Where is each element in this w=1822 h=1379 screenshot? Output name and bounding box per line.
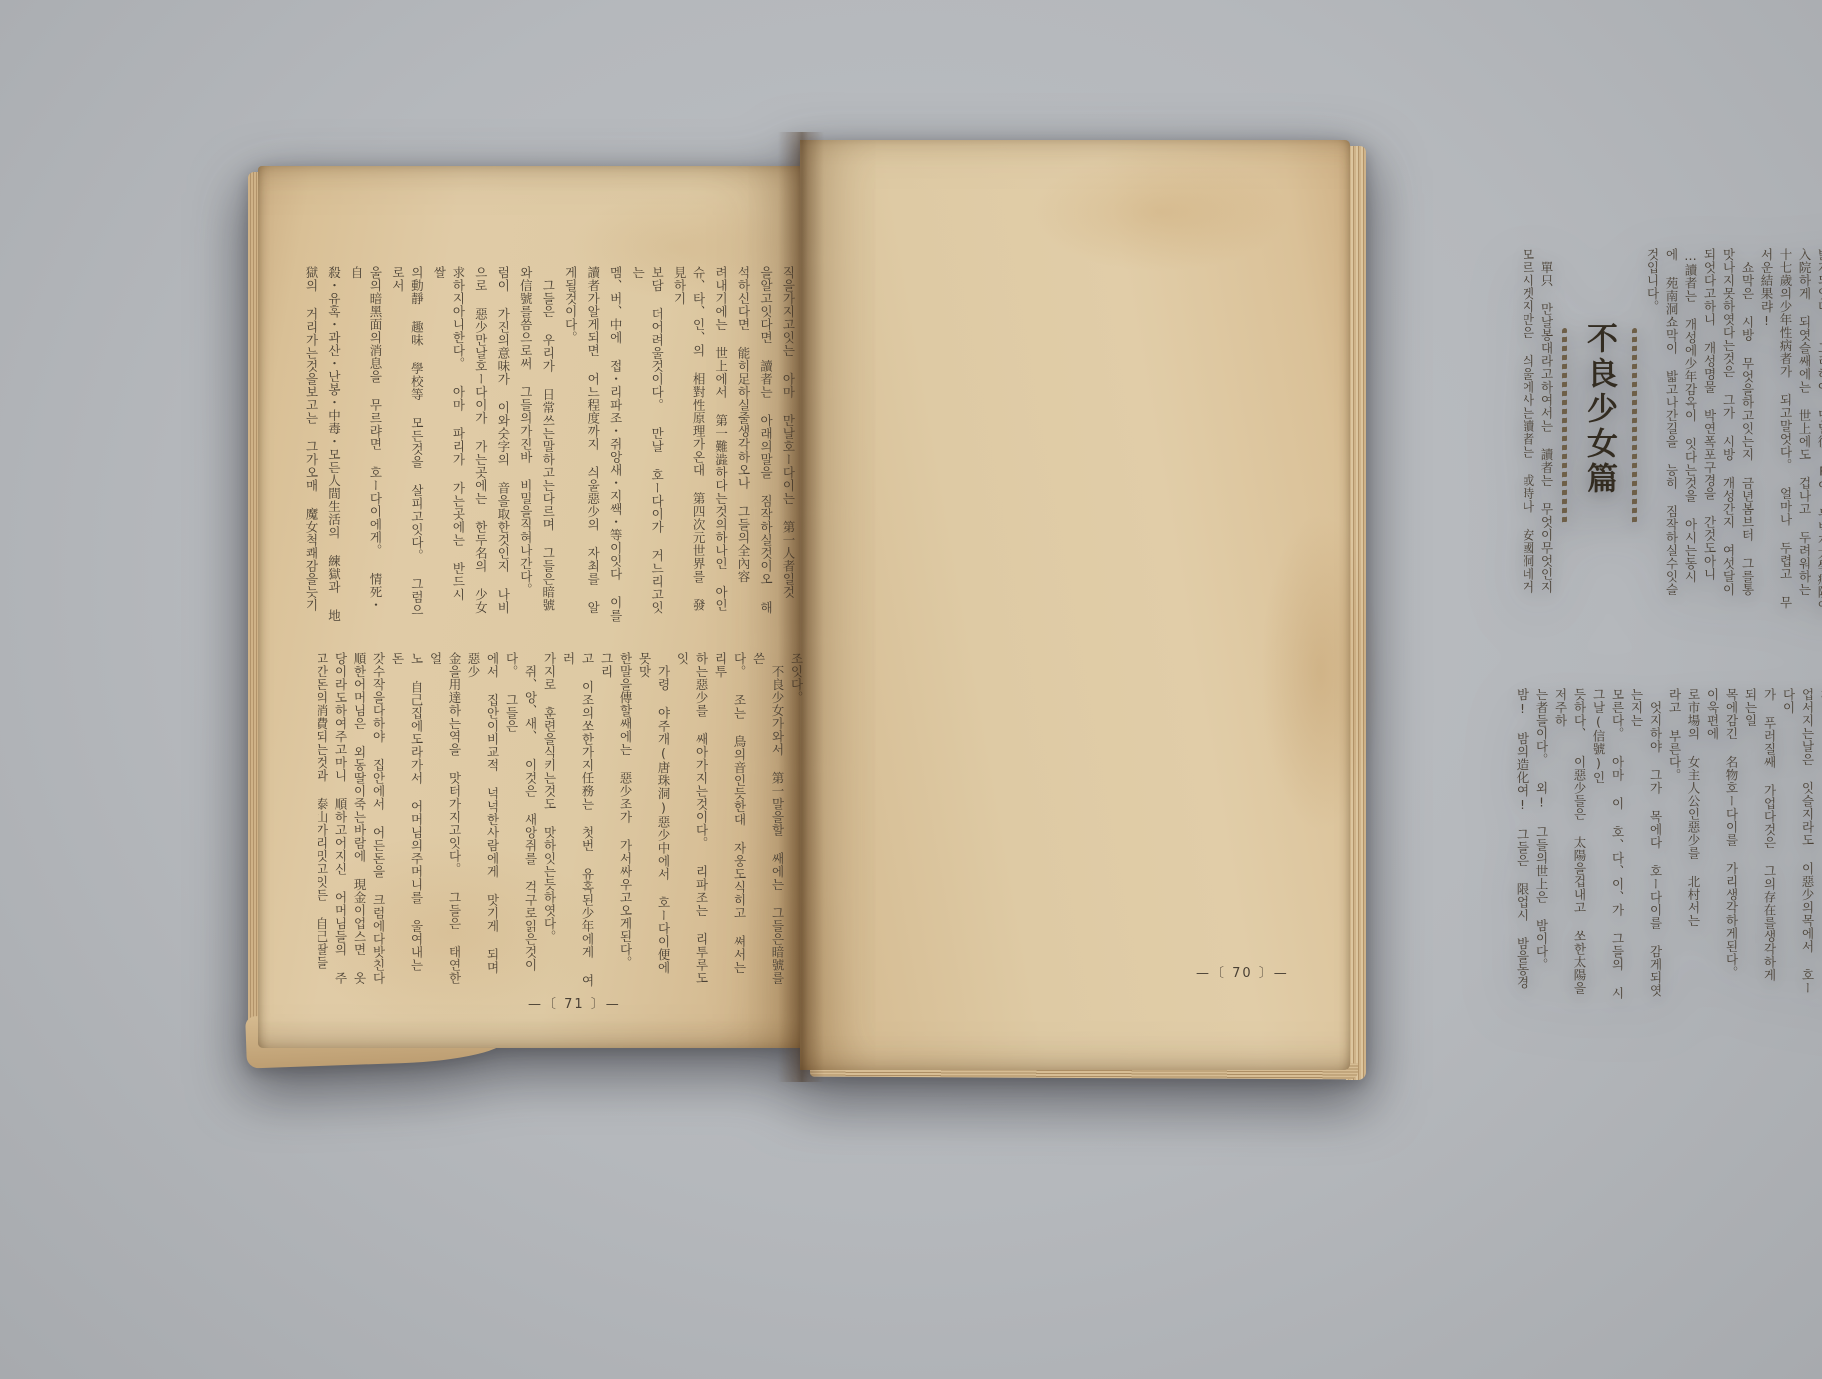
text-column: 석하신다면 能히足하실줄생각하오나 그들의全內容: [734, 266, 753, 622]
text-column: 殺・유혹・과산・난봉・中毒・모든人間生活의 練獄과 地: [324, 266, 343, 622]
text-column: 고간돈의消費되는것과 泰山가리밋고잇든 自己딸들: [318, 652, 331, 988]
text-column: 노 自己집에도라가서 어머님의주머니를 울여내는 돈: [388, 652, 426, 988]
text-column: 에서 집안이비교적 넉넉한사람에게 맛기게 되며 惡少: [464, 652, 502, 988]
text-column: 을알고잇다면 讀者는 아래의말을 짐작하실것이오 해: [757, 266, 776, 622]
text-column: 조잇다。: [787, 652, 806, 988]
text-column: 에 苑南洞쇼막이 밟고나간길을 능히 짐작하실수잇슬: [1662, 248, 1681, 660]
text-column: 의動靜 趣味 學校等 모든것을 살피고잇다。 그럼으로서: [388, 266, 426, 622]
text-column: 고 이조의쏘한가지任務는 첫번 유혹된少年에게 여러: [559, 652, 597, 988]
text-column: 되엇다고하니 개성명물 박연폭포구경을 간것도아니: [1700, 248, 1719, 660]
text-column: 讀者가알게되면 어느程度까지 싀울惡少의 자최를 알: [584, 266, 603, 622]
left-page: 직을가지고잇는 아마 만날호ー다이는 第一人者일것을알고잇다면 讀者는 아래의말…: [258, 166, 800, 1048]
text-column: 당이라도하여주고마니 順하고어지신 어머님들의 주: [331, 652, 350, 988]
text-column: 멤、버、中에 접・리파조・쥐앙새・지쌕・等이잇다 이를: [606, 266, 625, 622]
text-column: 十七歲의少年性病者가 되고말엇다。 얼마나 두렵고 무: [1776, 248, 1795, 660]
text-column: 럼이 가진의意味가 이와숫字의 音을取한것인지 나비: [494, 266, 513, 622]
text-column: 엇지하야 그가 목에다 호ー다이를 감게되엿는지는: [1627, 688, 1665, 1000]
text-column: 쥐、앙、새、 이것은 새앙쥐를 걱구로읽은것이다。 그들은: [502, 652, 540, 988]
left-page-top-text-block: 직을가지고잇는 아마 만날호ー다이는 第一人者일것을알고잇다면 讀者는 아래의말…: [302, 266, 798, 622]
text-column: 求하지아니한다。 아마 파리가 가는곳에는 반드시 쌀: [430, 266, 468, 622]
text-column: 직을가지고잇는 아마 만날호ー다이는 第一人者일것: [779, 266, 798, 622]
text-column: 동아부인상회나 화신상회압헤 景品付大賣出廣告板이: [1817, 688, 1822, 1000]
text-column: 울의暗黑面의消息을 무르랴면 호ー다이에게。 情死・自: [347, 266, 385, 622]
article-title-block: 不良少女篇: [1556, 322, 1643, 552]
text-column: 로市場의 女主人公인惡少를 北村서는: [1684, 688, 1703, 1000]
text-column: 쇼막은 시방 무엇을하고잇는지 금년봄브터 그를통: [1738, 248, 1757, 660]
wavy-rule-icon: [1562, 328, 1567, 525]
text-column: 모른다。 아마 이 호、다、이、가 그들의 시그날(信號)인: [1589, 688, 1627, 1000]
right-page-bottom-text-block: 리ー더格인동시에 상당한부하를 거느리고 얼마나놀라온 활약을하는지 이는다음의…: [1512, 688, 1822, 1000]
text-column: 와信號를씀으로써 그들의가진바 비밀을직혀나간다。: [516, 266, 535, 622]
text-column: 업서지는날은 잇슬지라도 이惡少의목에서 호ー다이: [1779, 688, 1817, 1000]
text-column: 밤! 밤의造化여! 그들은 限업시 밤을동경하는지: [1512, 688, 1532, 1000]
text-column: 라고 부른다。: [1665, 688, 1684, 1000]
text-column: 모르시겟지만은 싀울에사는讀者는 或時나 安國洞네거: [1524, 248, 1537, 660]
text-column: …讀者는 개성에少年감옥이 잇다는것을 아시는동시: [1681, 248, 1700, 660]
text-column: 順한어머님은 외동딸이죽는바람에 現金이업스면 옷: [350, 652, 369, 988]
page-number: —〔 70 〕—: [1196, 962, 1289, 981]
text-column: 한말을傳할쌔에는 惡少조가 가서싸우고오게된다。 그리: [597, 652, 635, 988]
text-column: 목에감긴 名物호ー다이를 가리생각하게된다。 이욱편에: [1703, 688, 1741, 1000]
text-column: 갓수작을다하야 집안에서 어든돈을 크럼에다밧친다: [369, 652, 388, 988]
text-column: 보담 더어려울것이다。 만날 호ー다이가 거느리고잇는: [629, 266, 667, 622]
text-column: 하는惡少를 쌔아가지는것이다。 리파조는 리투루도잇: [673, 652, 711, 988]
article-title: 不良少女篇: [1577, 322, 1622, 497]
text-column: 그들은 우리가 日常쓰는말하고는다르며 그들은暗號: [539, 266, 558, 622]
text-column: 맛나지못하엿다는것은 그가 시방 개성간지 여섯달이: [1719, 248, 1738, 660]
wavy-rule-icon: [1632, 328, 1637, 525]
text-column: 는者들이다。 외! 그들의世上은 밤이다。: [1532, 688, 1551, 1000]
text-column: 서운結果랴!: [1757, 248, 1776, 660]
text-column: 슈、타、인、의 相對性原理가온대 第四次元世界를 發見하기: [670, 266, 708, 622]
open-book: 직을가지고잇는 아마 만날호ー다이는 第一人者일것을알고잇다면 讀者는 아래의말…: [240, 132, 1370, 1082]
right-page-top-text-block: 감을 늣첫던것이엿스니 R이退院한後에도 R의집을자조방문하고 간호부에게바든 …: [1524, 248, 1822, 660]
text-column: 不良少女가와서 第一말을할 쌔에는 그들은暗號를쓴: [749, 652, 787, 988]
text-column: 듯하다、 이惡少들은 太陽을겁내고 쏘한太陽을 저주하: [1551, 688, 1589, 1000]
text-column: 金을用達하는역을 맛터가지고잇다。 그들은 태연한얼: [426, 652, 464, 988]
photograph-background: 직을가지고잇는 아마 만날호ー다이는 第一人者일것을알고잇다면 讀者는 아래의말…: [0, 0, 1822, 1379]
text-column: 으로 惡少만날호ー다이가 가는곳에는 한두名의 少女: [471, 266, 490, 622]
page-number: —〔 71 〕—: [528, 993, 621, 1012]
left-page-bottom-text-block: 조잇다。 不良少女가와서 第一말을할 쌔에는 그들은暗號를쓴다。 조는 鳥의音인…: [318, 652, 806, 988]
text-column: 게될것이다。: [561, 266, 580, 622]
text-column: 入院하게 되엿슬쌔에는 世上에도 겁나고 두려워하는: [1795, 248, 1814, 660]
text-column: 獄의 거리가는것을보고는 그가오매 魔女척쾌감을늣기: [302, 266, 321, 622]
text-column: 單只 만날봉대라고하여서는 讀者는 무엇이무엇인지: [1537, 248, 1556, 660]
text-column: 밟게되엿다。 그리하야 몃달後 R이 두번재大學病院에: [1814, 248, 1822, 660]
text-column: 려내기에는 世上에서 第一難澁하다는것의하나인 아인: [712, 266, 731, 622]
text-column: 가지로 훈련을식키는것도 맛하잇는듯하엿다。: [540, 652, 559, 988]
text-column: 가 푸러질쌔 가업다것은 그의存在를생각하게 되는일: [1741, 688, 1779, 1000]
text-column: 것입니다。: [1643, 248, 1662, 660]
right-page: 감을 늣첫던것이엿스니 R이退院한後에도 R의집을자조방문하고 간호부에게바든 …: [800, 140, 1350, 1070]
text-column: 다。 조는 鳥의音인듯한대 자웅도식히고 쎠서는 리투: [711, 652, 749, 988]
text-column: 가령 야주개(唐珠洞)惡少中에서 호ー다이便에 못맛: [635, 652, 673, 988]
